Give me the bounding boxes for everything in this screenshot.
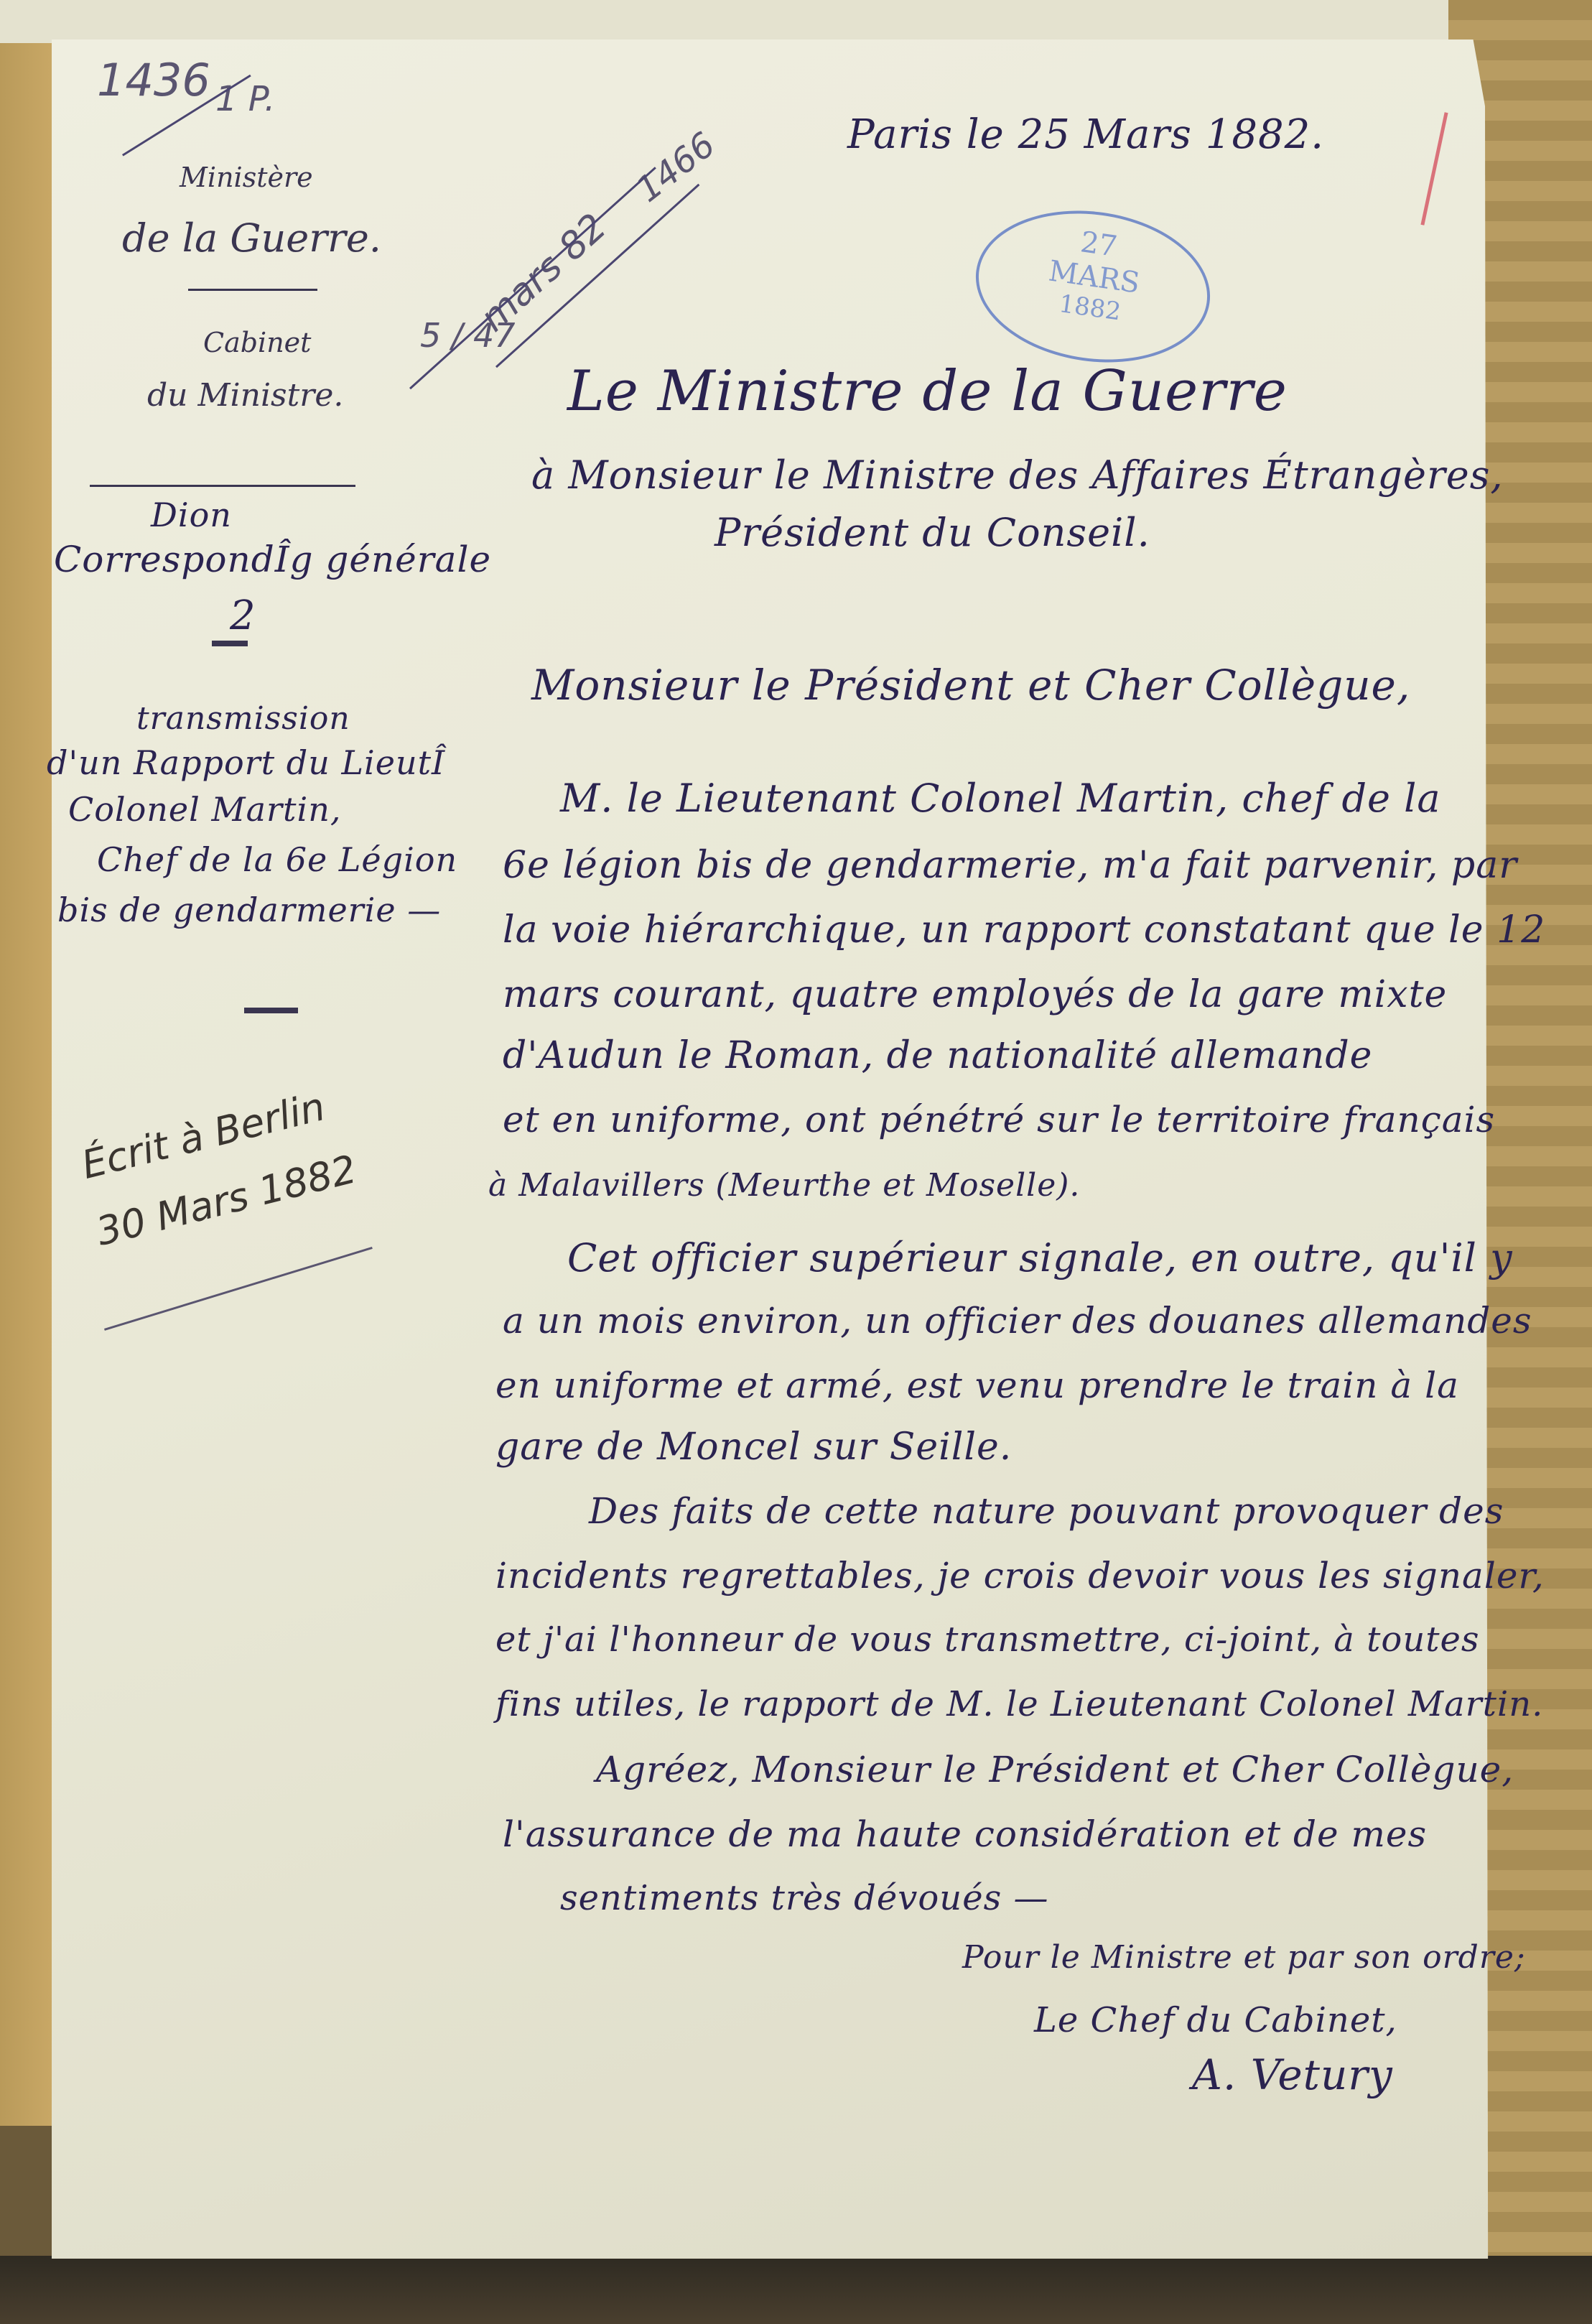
body-p1-line4: mars courant, quatre employés de la gare… bbox=[503, 973, 1447, 1016]
letterhead-ornament-rule bbox=[188, 289, 317, 291]
body-p1-line5: d'Audun le Roman, de nationalité alleman… bbox=[503, 1034, 1372, 1077]
margin-subject-line3: Colonel Martin, bbox=[68, 790, 341, 829]
sender-title: Le Ministre de la Guerre bbox=[567, 359, 1288, 424]
archive-number: 1436 bbox=[97, 54, 210, 106]
letterhead-ministry-line1: Ministère bbox=[180, 162, 313, 193]
body-p1-line7: à Malavillers (Meurthe et Moselle). bbox=[488, 1167, 1080, 1204]
place-date: Paris le 25 Mars 1882. bbox=[847, 111, 1324, 158]
body-p1-line2: 6e légion bis de gendarmerie, m'a fait p… bbox=[503, 844, 1517, 887]
archive-fraction: 1 P. bbox=[215, 79, 275, 119]
body-p2-line4: gare de Moncel sur Seille. bbox=[495, 1426, 1012, 1469]
recipient-line1: à Monsieur le Ministre des Affaires Étra… bbox=[531, 452, 1504, 498]
folder-edge-left bbox=[0, 43, 54, 2126]
margin-subject-line2: d'un Rapport du LieutÎ bbox=[47, 743, 445, 782]
margin-department-line1: Dion bbox=[151, 496, 232, 534]
margin-subject-line4: Chef de la 6e Légion bbox=[97, 840, 457, 879]
margin-bureau-underline bbox=[212, 641, 248, 646]
body-p4-line3: sentiments très dévoués — bbox=[560, 1878, 1049, 1918]
margin-separator bbox=[244, 1008, 298, 1013]
margin-department-line2: CorrespondÎg générale bbox=[54, 539, 491, 580]
body-p3-line3: et j'ai l'honneur de vous transmettre, c… bbox=[495, 1619, 1480, 1660]
body-p4-line1: Agréez, Monsieur le Président et Cher Co… bbox=[596, 1749, 1514, 1790]
body-p1-line1: M. le Lieutenant Colonel Martin, chef de… bbox=[560, 776, 1441, 821]
body-p2-line2: a un mois environ, un officier des douan… bbox=[503, 1300, 1532, 1342]
body-p3-line4: fins utiles, le rapport de M. le Lieuten… bbox=[495, 1684, 1543, 1724]
body-p1-line3: la voie hiérarchique, un rapport constat… bbox=[503, 908, 1545, 952]
letterhead-office-line2: du Ministre. bbox=[147, 377, 343, 414]
margin-bureau-number: 2 bbox=[230, 592, 256, 639]
margin-subject-line1: transmission bbox=[136, 700, 350, 737]
letterhead-ministry-line2: de la Guerre. bbox=[122, 215, 381, 261]
body-p1-line6: et en uniforme, ont pénétré sur le terri… bbox=[503, 1099, 1495, 1140]
salutation: Monsieur le Président et Cher Collègue, bbox=[531, 661, 1410, 710]
closing-line1: Pour le Ministre et par son ordre; bbox=[962, 1939, 1526, 1976]
body-p2-line3: en uniforme et armé, est venu prendre le… bbox=[495, 1365, 1459, 1406]
closing-line2: Le Chef du Cabinet, bbox=[1034, 2000, 1397, 2040]
recipient-line2: Président du Conseil. bbox=[714, 510, 1150, 555]
margin-rule bbox=[90, 485, 355, 487]
margin-subject-line5: bis de gendarmerie — bbox=[57, 891, 441, 929]
body-p3-line1: Des faits de cette nature pouvant provoq… bbox=[589, 1490, 1504, 1532]
signature: A. Vetury bbox=[1192, 2050, 1393, 2099]
body-p2-line1: Cet officier supérieur signale, en outre… bbox=[567, 1235, 1513, 1280]
body-p4-line2: l'assurance de ma haute considération et… bbox=[503, 1813, 1427, 1855]
body-p3-line2: incidents regrettables, je crois devoir … bbox=[495, 1555, 1545, 1596]
desk-shadow bbox=[0, 2256, 1592, 2324]
letterhead-office-line1: Cabinet bbox=[203, 327, 311, 358]
